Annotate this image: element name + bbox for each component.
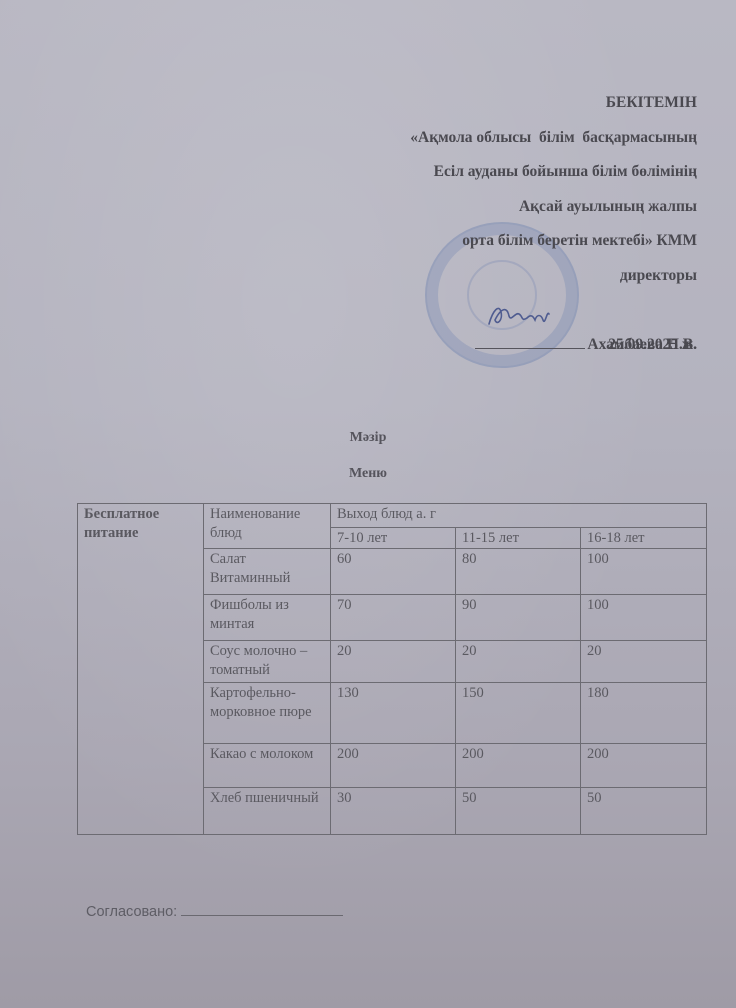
portion-value: 20 bbox=[581, 641, 707, 683]
portion-value: 180 bbox=[581, 683, 707, 744]
title-kazakh: Мәзір bbox=[0, 430, 736, 446]
table-header-row: Бесплатное питание Наименование блюд Вых… bbox=[78, 504, 707, 528]
portion-value: 150 bbox=[456, 683, 581, 744]
portion-value: 200 bbox=[581, 744, 707, 788]
output-header: Выход блюд а. г bbox=[331, 504, 707, 528]
dish-name: Фишболы из минтая bbox=[204, 595, 331, 641]
title-russian: Меню bbox=[0, 466, 736, 482]
dish-name-header: Наименование блюд bbox=[204, 504, 331, 549]
portion-value: 70 bbox=[331, 595, 456, 641]
approval-line-5: директоры bbox=[410, 259, 697, 294]
portion-value: 60 bbox=[331, 549, 456, 595]
approval-line-4: орта білім беретін мектебі» КММ bbox=[410, 224, 697, 259]
agreed-signature-block: Согласовано: bbox=[86, 904, 343, 920]
portion-value: 50 bbox=[581, 788, 707, 835]
portion-value: 90 bbox=[456, 595, 581, 641]
age-group-header: 7-10 лет bbox=[331, 528, 456, 549]
dish-name: Картофельно-морковное пюре bbox=[204, 683, 331, 744]
signature-line bbox=[475, 334, 585, 349]
portion-value: 80 bbox=[456, 549, 581, 595]
portion-value: 20 bbox=[331, 641, 456, 683]
approval-heading: БЕКІТЕМІН bbox=[410, 86, 697, 121]
portion-value: 100 bbox=[581, 595, 707, 641]
portion-value: 200 bbox=[456, 744, 581, 788]
approval-block: БЕКІТЕМІН «Ақмола облысы білім басқармас… bbox=[410, 86, 697, 362]
approval-line-3: Ақсай ауылының жалпы bbox=[410, 190, 697, 225]
agreed-label: Согласовано: bbox=[86, 904, 177, 920]
portion-value: 50 bbox=[456, 788, 581, 835]
dish-name: Какао с молоком bbox=[204, 744, 331, 788]
approval-line-2: Есіл ауданы бойынша білім бөлімінің bbox=[410, 155, 697, 190]
portion-value: 130 bbox=[331, 683, 456, 744]
portion-value: 30 bbox=[331, 788, 456, 835]
category-cell: Бесплатное питание bbox=[78, 504, 204, 835]
age-group-header: 11-15 лет bbox=[456, 528, 581, 549]
menu-table: Бесплатное питание Наименование блюд Вых… bbox=[77, 503, 707, 835]
portion-value: 100 bbox=[581, 549, 707, 595]
approval-line-1: «Ақмола облысы білім басқармасының bbox=[410, 121, 697, 156]
director-signature-row: Ахамбаева Н.В. bbox=[410, 293, 697, 328]
age-group-header: 16-18 лет bbox=[581, 528, 707, 549]
portion-value: 200 bbox=[331, 744, 456, 788]
dish-name: Соус молочно – томатный bbox=[204, 641, 331, 683]
dish-name: Салат Витаминный bbox=[204, 549, 331, 595]
agreed-signature-line bbox=[181, 915, 343, 916]
dish-name: Хлеб пшеничный bbox=[204, 788, 331, 835]
portion-value: 20 bbox=[456, 641, 581, 683]
